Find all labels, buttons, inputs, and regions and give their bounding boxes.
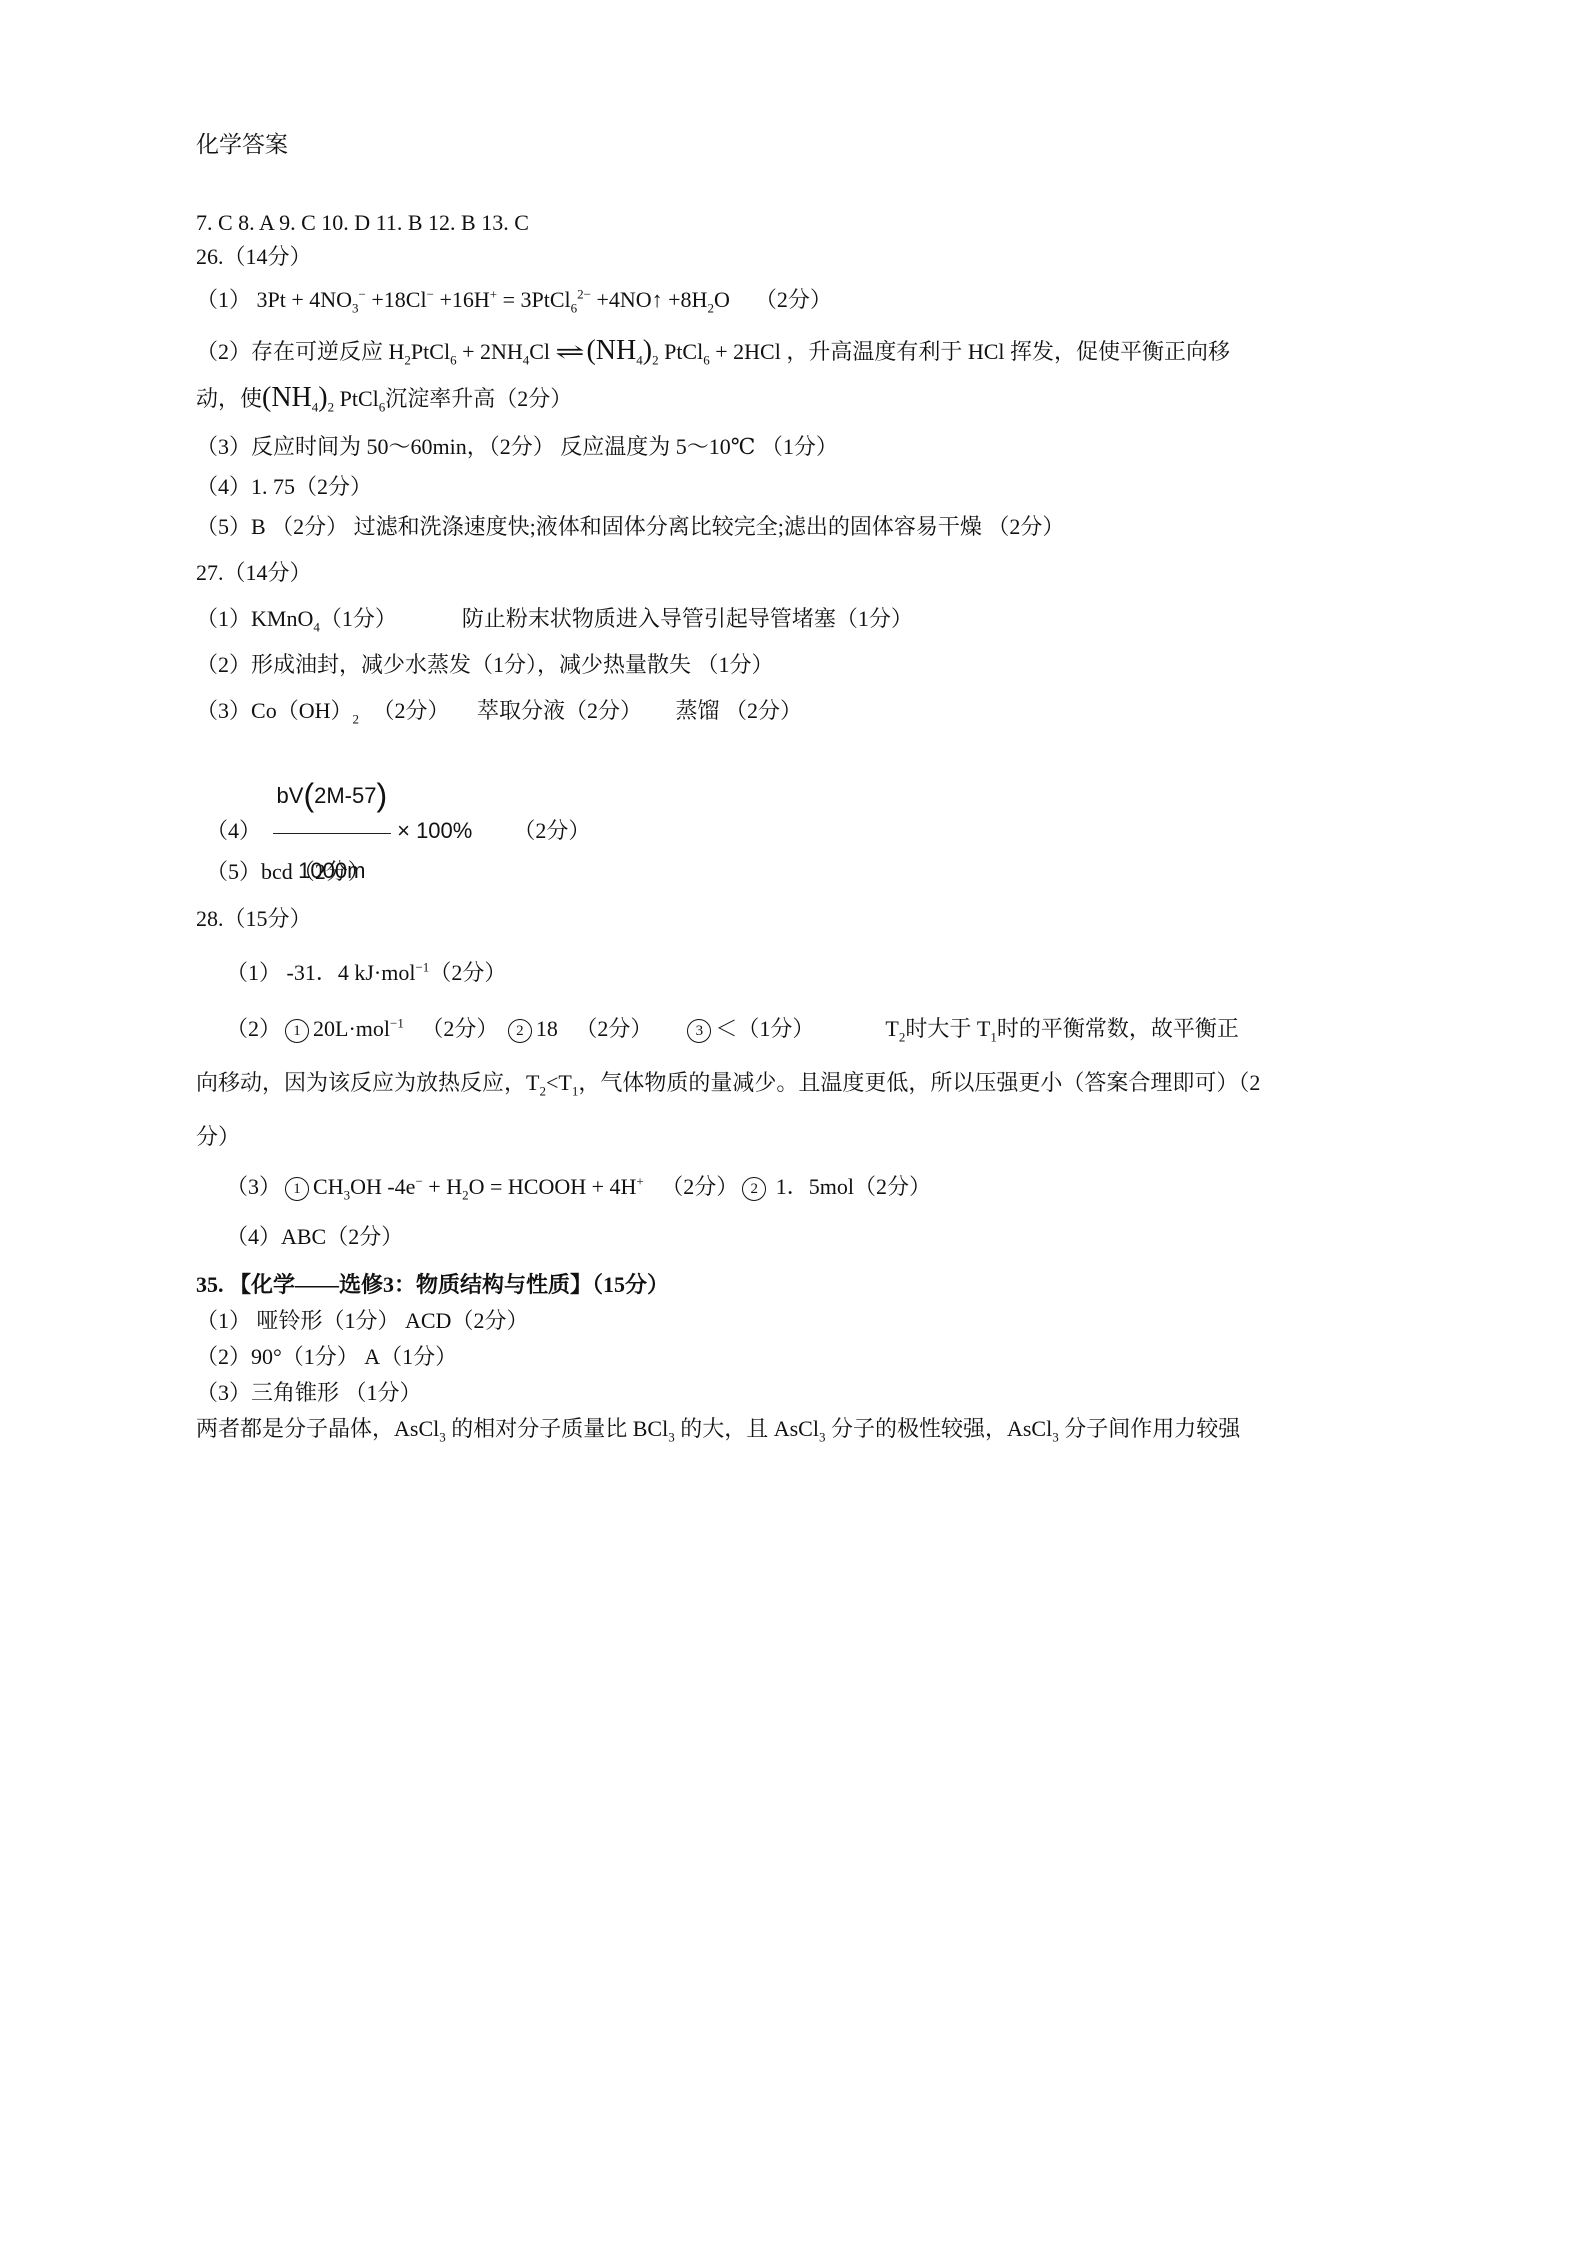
q28-part2-line1: （2）120L·mol−1 （2分） 218 （2分） 3＜（1分） T2时大于… xyxy=(226,1014,1239,1044)
q26-header: 26.（14分） xyxy=(196,242,312,272)
q28-part1: （1） -31．4 kJ·mol−1（2分） xyxy=(226,958,506,988)
q28-part2-line2: 向移动，因为该反应为放热反应，T2<T1，气体物质的量减少。且温度更低，所以压强… xyxy=(196,1068,1260,1098)
q26-part3: （3）反应时间为 50～60min，（2分） 反应温度为 5～10℃ （1分） xyxy=(196,432,838,462)
circled-number-icon: 2 xyxy=(508,1019,532,1043)
score: （2分） xyxy=(755,287,832,312)
part-label: （1） xyxy=(226,960,281,985)
part-label: （2） xyxy=(196,339,251,364)
page-title: 化学答案 xyxy=(196,130,288,160)
q26-part2-line2: 动，使(NH4)2 PtCl6沉淀率升高（2分） xyxy=(196,383,572,414)
q26-part5: （5）B （2分） 过滤和洗涤速度快;液体和固体分离比较完全;滤出的固体容易干燥… xyxy=(196,512,1064,542)
formula: KMnO4 xyxy=(251,606,320,631)
q26-part2-line1: （2）存在可逆反应 H2PtCl6 + 2NH4Cl⇌(NH4)2 PtCl6 … xyxy=(196,336,1230,367)
circled-number-icon: 1 xyxy=(285,1177,309,1201)
equilibrium-arrow-icon: ⇌ xyxy=(555,337,581,367)
q28-header: 28.（15分） xyxy=(196,904,312,934)
q26-part4: （4）1. 75（2分） xyxy=(196,472,372,502)
chemical-equation: H2PtCl6 + 2NH4Cl⇌(NH4)2 PtCl6 + 2HCl xyxy=(389,339,787,364)
q35-part1: （1） 哑铃形（1分） ACD（2分） xyxy=(196,1306,528,1336)
q35-part2: （2）90°（1分） A（1分） xyxy=(196,1342,457,1372)
q27-part5: （5）bcd（2分） xyxy=(206,857,370,887)
formula: Co（OH）2 xyxy=(251,698,359,723)
part-label: （2） xyxy=(226,1016,281,1041)
q28-part2-line3: 分） xyxy=(196,1122,240,1152)
q27-part2: （2）形成油封，减少水蒸发（1分），减少热量散失 （1分） xyxy=(196,650,774,680)
q35-part3: （3）三角锥形 （1分） xyxy=(196,1378,422,1408)
chemical-equation: 3Pt + 4NO3− +18Cl− +16H+ = 3PtCl62− +4NO… xyxy=(257,287,736,312)
q28-part3: （3）1CH3OH -4e− + H2O = HCOOH + 4H+ （2分）2… xyxy=(226,1172,931,1202)
part-label: （1） xyxy=(196,606,251,631)
formula: (NH4)2 PtCl6 xyxy=(262,386,385,411)
circled-number-icon: 2 xyxy=(742,1177,766,1201)
part-label: （1） xyxy=(196,287,251,312)
circled-number-icon: 1 xyxy=(285,1019,309,1043)
q27-header: 27.（14分） xyxy=(196,558,312,588)
q27-part1: （1）KMnO4（1分） 防止粉末状物质进入导管引起导管堵塞（1分） xyxy=(196,604,913,634)
q35-explanation: 两者都是分子晶体，AsCl3 的相对分子质量比 BCl3 的大，且 AsCl3 … xyxy=(196,1414,1240,1444)
multiple-choice-answers: 7. C 8. A 9. C 10. D 11. B 12. B 13. C xyxy=(196,208,529,238)
part-label: （3） xyxy=(226,1174,281,1199)
chemical-equation: CH3OH -4e− + H2O = HCOOH + 4H+ xyxy=(313,1174,644,1199)
part-label: （3） xyxy=(196,698,251,723)
q28-part4: （4）ABC（2分） xyxy=(226,1222,403,1252)
part-label: （4） xyxy=(206,818,261,843)
q35-header: 35. 【化学——选修3：物质结构与性质】（15分） xyxy=(196,1270,669,1300)
circled-number-icon: 3 xyxy=(687,1019,711,1043)
q26-part1: （1） 3Pt + 4NO3− +18Cl− +16H+ = 3PtCl62− … xyxy=(196,285,832,315)
q27-part3: （3）Co（OH）2 （2分） 萃取分液（2分） 蒸馏 （2分） xyxy=(196,696,802,726)
score: （2分） xyxy=(513,818,590,843)
